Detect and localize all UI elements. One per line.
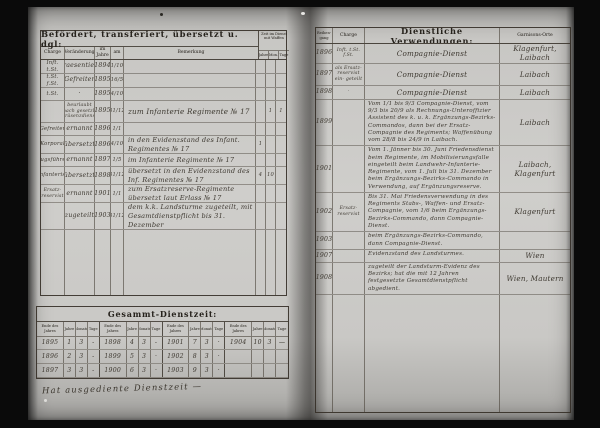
change-cell: ·: [65, 88, 95, 100]
monate-cell: 10: [266, 167, 276, 184]
value-cell: 1: [64, 337, 76, 350]
value-cell: 3: [201, 350, 213, 363]
paper-speck: [301, 12, 305, 15]
value-cell: 1901: [163, 337, 190, 350]
monate-cell: [266, 154, 276, 166]
charge-cell: Infanterist: [41, 167, 65, 184]
monate-cell: [266, 123, 276, 135]
garrison-cell: [500, 232, 570, 249]
table-row: 1901 Vom 1. Jänner bis 30. Juni Friedens…: [316, 146, 570, 193]
day-cell: 1/10: [111, 60, 124, 73]
value-cell: 3: [139, 364, 151, 377]
table-row: 1908 zugeteilt der Landsturm-Evidenz des…: [316, 263, 570, 295]
year-cell: 1903: [316, 232, 333, 249]
charge-cell: Inft. t.St.: [41, 60, 65, 73]
charge-cell: [333, 100, 365, 146]
value-cell: 3: [76, 337, 88, 350]
table-row: Ersatz- reservist ernannt 1901 1/1 zum E…: [41, 185, 286, 203]
paper-speck: [160, 13, 163, 16]
year-cell: 1895: [95, 101, 111, 122]
value-cell: 9: [189, 364, 201, 377]
year-cell: 1896: [95, 123, 111, 135]
charge-cell: Zugsführer: [41, 154, 65, 166]
value-cell: -: [88, 364, 100, 377]
day-cell: 1/5: [111, 154, 124, 166]
remark-cell: übersetzt in den Evidenzstand des Inf. R…: [124, 167, 256, 184]
value-cell: [252, 350, 264, 363]
jahre-cell: [256, 60, 266, 73]
value-cell: [264, 364, 276, 377]
value-cell: 1898: [100, 337, 127, 350]
usage-cell: Evidenzstand des Landsturmes.: [365, 250, 500, 262]
year-cell: 1899: [316, 100, 333, 146]
table-row: zugeteilt 1903 31/12 dem k.k. Landsturme…: [41, 203, 286, 230]
charge-cell: Inft. t.St. f.St.: [333, 44, 365, 63]
right-table-headers: Reihen- gang Charge Dienstliche Verwendu…: [316, 28, 570, 44]
value-cell: 1899: [100, 350, 127, 363]
right-table-title: Dienstliche Verwendungen:: [365, 28, 500, 43]
table-row: 1903 beim Ergänzungs-Bezirks-Commando, d…: [316, 232, 570, 250]
subcol-tage: Tage: [279, 51, 289, 59]
year-cell: 1895: [95, 88, 111, 100]
monate-cell: [266, 74, 276, 87]
col-jahre: Jahre: [189, 322, 201, 336]
table-row: 1897 als Ersatz- reservist ein- geteilt …: [316, 64, 570, 86]
tage-cell: [276, 123, 286, 135]
charge-cell: [333, 146, 365, 192]
col-remark: Bemerkung: [124, 47, 258, 59]
garrison-cell: Laibach, Klagenfurt: [500, 146, 570, 192]
value-cell: 1896: [37, 350, 64, 363]
value-cell: ·: [213, 337, 225, 350]
scanned-register-spread: Befördert, transferiert, übersetzt u. dg…: [0, 0, 600, 428]
monate-cell: 1: [266, 101, 276, 122]
col-tage: Tage: [88, 322, 100, 336]
year-cell: 1897: [316, 64, 333, 85]
table-row: t.St. f.St. Gefreiter 1895 16/5: [41, 74, 286, 88]
jahre-cell: [256, 88, 266, 100]
col-jahre: Jahre: [64, 322, 76, 336]
charge-cell: [333, 263, 365, 294]
day-cell: 4/10: [111, 88, 124, 100]
left-table-title: Befördert, transferiert, übersetzt u. dg…: [41, 31, 258, 47]
value-cell: [264, 350, 276, 363]
time-box-header: Zeit im Dienst mit Waffen: [259, 31, 289, 51]
change-cell: ernannt: [65, 185, 95, 202]
time-in-service-box: Zeit im Dienst mit Waffen Jahre Mon. Tag…: [258, 31, 289, 59]
col-change: Veränderung: [65, 47, 95, 59]
jahre-cell: [256, 203, 266, 229]
usage-cell: Compagnie-Dienst: [365, 86, 500, 99]
value-cell: ·: [151, 364, 163, 377]
value-cell: 4: [127, 337, 139, 350]
tage-cell: [276, 185, 286, 202]
monate-cell: [266, 136, 276, 153]
value-cell: -: [88, 337, 100, 350]
jahre-cell: [256, 154, 266, 166]
table-row: 1902 Ersatz- reservist Bis 31. Mai Fried…: [316, 193, 570, 232]
table-row: Zugsführer ernannt 1897 1/5 im Infanteri…: [41, 154, 286, 167]
remark-cell: [124, 123, 256, 135]
monate-cell: [266, 60, 276, 73]
garrison-cell: Klagenfurt: [500, 193, 570, 231]
book-paper: Befördert, transferiert, übersetzt u. dg…: [28, 7, 574, 420]
subcol-jahre: Jahre: [259, 51, 269, 59]
col-jahre: Jahre: [252, 322, 264, 336]
tage-cell: [276, 136, 286, 153]
col-day: am: [111, 47, 124, 59]
col-sequence: Reihen- gang: [316, 28, 333, 43]
col-tage: Tage: [276, 322, 288, 336]
tage-cell: [276, 167, 286, 184]
day-cell: 1/1: [111, 185, 124, 202]
total-service-table: Gesammt-Dienstzeit: Ende des Jahres Jahr…: [36, 306, 289, 379]
value-cell: 3: [139, 337, 151, 350]
charge-cell: t.St.: [41, 88, 65, 100]
year-cell: 1902: [316, 193, 333, 231]
value-cell: 10: [252, 337, 264, 350]
empty-rows-area: [41, 230, 286, 295]
usage-cell: zugeteilt der Landsturm-Evidenz des Bezi…: [365, 263, 500, 294]
day-cell: 4/10: [111, 136, 124, 153]
jahre-cell: [256, 123, 266, 135]
col-year: im Jahre: [95, 47, 111, 59]
value-cell: 1895: [37, 337, 64, 350]
day-cell: 1/1: [111, 123, 124, 135]
remark-cell: in den Evidenzstand des Infant. Regiment…: [124, 136, 256, 153]
col-end-of-year: Ende des Jahres: [100, 322, 127, 336]
table-row: 1896 Inft. t.St. f.St. Compagnie-Dienst …: [316, 44, 570, 64]
charge-cell: Ersatz- reservist: [41, 185, 65, 202]
value-cell: -: [88, 350, 100, 363]
table-row: beurlaubt nach gesetzl. Präsenzdienst 18…: [41, 101, 286, 123]
table-row: 1907 Evidenzstand des Landsturmes. Wien: [316, 250, 570, 263]
remark-cell: [124, 74, 256, 87]
monate-cell: [266, 203, 276, 229]
jahre-cell: [256, 101, 266, 122]
col-monate: Monate: [264, 322, 276, 336]
table-row: 1899 Vom 1/1 bis 9/3 Compagnie-Dienst, v…: [316, 100, 570, 147]
value-cell: 1904: [225, 337, 252, 350]
value-cell: ·: [213, 350, 225, 363]
table-row: Inft. t.St. praesentiert 1894 1/10: [41, 60, 286, 74]
col-monate: Monate: [76, 322, 88, 336]
remark-cell: [124, 60, 256, 73]
usage-cell: Vom 1/1 bis 9/3 Compagnie-Dienst, vom 9/…: [365, 100, 500, 146]
day-cell: 31/12: [111, 101, 124, 122]
col-jahre: Jahre: [127, 322, 139, 336]
value-cell: 3: [64, 364, 76, 377]
monate-cell: [266, 88, 276, 100]
charge-cell: als Ersatz- reservist ein- geteilt: [333, 64, 365, 85]
change-cell: praesentiert: [65, 60, 95, 73]
tage-cell: [276, 60, 286, 73]
garrison-cell: Klagenfurt, Laibach: [500, 44, 570, 63]
value-cell: [252, 364, 264, 377]
table-row: Infanterist übersetzt 1898 31/12 überset…: [41, 167, 286, 185]
table-row: Korporal übersetzt 1896 4/10 in den Evid…: [41, 136, 286, 154]
year-cell: 1901: [95, 185, 111, 202]
value-cell: 1903: [163, 364, 190, 377]
year-cell: 1894: [95, 60, 111, 73]
change-cell: übersetzt: [65, 167, 95, 184]
usage-cell: Bis 31. Mai Friedensverwendung in des Re…: [365, 193, 500, 231]
value-cell: ·: [151, 350, 163, 363]
value-cell: 8: [189, 350, 201, 363]
tage-cell: [276, 88, 286, 100]
value-cell: 3: [139, 350, 151, 363]
change-cell: übersetzt: [65, 136, 95, 153]
jahre-cell: 4: [256, 167, 266, 184]
year-cell: 1897: [95, 154, 111, 166]
value-cell: 3: [201, 337, 213, 350]
value-cell: -: [151, 337, 163, 350]
garrison-cell: Wien, Mautern: [500, 263, 570, 294]
remark-cell: dem k.k. Landsturme zugeteilt, mit Gesam…: [124, 203, 256, 229]
year-cell: 1896: [95, 136, 111, 153]
remark-cell: zum Infanterie Regimente № 17: [124, 101, 256, 122]
value-cell: [225, 364, 252, 377]
monate-cell: [266, 185, 276, 202]
value-cell: 5: [127, 350, 139, 363]
value-cell: [276, 350, 288, 363]
table-row: t.St. · 1895 4/10: [41, 88, 286, 101]
charge-cell: Korporal: [41, 136, 65, 153]
table-row: Gefreiter ernannt 1896 1/1: [41, 123, 286, 136]
jahre-cell: 1: [256, 136, 266, 153]
total-row: 1897 3 3 - 1900 6 3 · 1903 9 3 ·: [37, 364, 288, 378]
charge-cell: [333, 232, 365, 249]
remark-cell: im Infanterie Regimente № 17: [124, 154, 256, 166]
value-cell: 6: [127, 364, 139, 377]
value-cell: 1900: [100, 364, 127, 377]
day-cell: 31/12: [111, 167, 124, 184]
remark-cell: zum Ersatzreserve-Regimente übersetzt la…: [124, 185, 256, 202]
value-cell: 3: [76, 350, 88, 363]
paper-speck: [44, 399, 47, 402]
value-cell: [225, 350, 252, 363]
col-end-of-year: Ende des Jahres: [163, 322, 190, 336]
col-charge: Charge: [41, 47, 65, 59]
usage-cell: beim Ergänzungs-Bezirks-Commando, dann C…: [365, 232, 500, 249]
tage-cell: 1: [276, 101, 286, 122]
year-cell: 1901: [316, 146, 333, 192]
usage-cell: Vom 1. Jänner bis 30. Juni Friedensdiens…: [365, 146, 500, 192]
column-headers: Charge Veränderung im Jahre am Bemerkung: [41, 47, 258, 59]
year-cell: 1896: [316, 44, 333, 63]
usage-cell: Compagnie-Dienst: [365, 44, 500, 63]
year-cell: 1895: [95, 74, 111, 87]
charge-cell: Gefreiter: [41, 123, 65, 135]
table-row: 1898 · Compagnie-Dienst Laibach: [316, 86, 570, 100]
jahre-cell: [256, 185, 266, 202]
charge-cell: ·: [333, 86, 365, 99]
col-charge: Charge: [333, 28, 365, 43]
charge-cell: [41, 203, 65, 229]
value-cell: 7: [189, 337, 201, 350]
garrison-cell: Laibach: [500, 86, 570, 99]
col-tage: Tage: [151, 322, 163, 336]
year-cell: 1903: [95, 203, 111, 229]
garrison-cell: Laibach: [500, 64, 570, 85]
col-end-of-year: Ende des Jahres: [37, 322, 64, 336]
empty-rows-area: [316, 295, 570, 412]
promotions-transfers-table: Befördert, transferiert, übersetzt u. dg…: [40, 30, 287, 296]
total-row: 1896 2 3 - 1899 5 3 · 1902 8 3 ·: [37, 350, 288, 364]
value-cell: —: [276, 337, 288, 350]
charge-cell: [333, 250, 365, 262]
total-table-headers: Ende des Jahres Jahre Monate Tage Ende d…: [37, 322, 288, 337]
day-cell: 16/5: [111, 74, 124, 87]
tage-cell: [276, 203, 286, 229]
garrison-cell: Wien: [500, 250, 570, 262]
change-cell: zugeteilt: [65, 203, 95, 229]
charge-cell: Ersatz- reservist: [333, 193, 365, 231]
handwritten-note: Hat ausgediente Dienstzeit —: [42, 379, 282, 396]
year-cell: 1908: [316, 263, 333, 294]
change-cell: ernannt: [65, 123, 95, 135]
year-cell: 1907: [316, 250, 333, 262]
year-cell: 1898: [316, 86, 333, 99]
total-row: 1895 1 3 - 1898 4 3 - 1901 7 3 · 1904 10…: [37, 337, 288, 351]
year-cell: 1898: [95, 167, 111, 184]
value-cell: 3: [264, 337, 276, 350]
charge-cell: [41, 101, 65, 122]
change-cell: beurlaubt nach gesetzl. Präsenzdienst: [65, 101, 95, 122]
jahre-cell: [256, 74, 266, 87]
value-cell: 3: [201, 364, 213, 377]
tage-cell: [276, 74, 286, 87]
usage-cell: Compagnie-Dienst: [365, 64, 500, 85]
remark-cell: [124, 88, 256, 100]
official-uses-table: Reihen- gang Charge Dienstliche Verwendu…: [315, 27, 571, 413]
change-cell: ernannt: [65, 154, 95, 166]
value-cell: [276, 364, 288, 377]
value-cell: 3: [76, 364, 88, 377]
change-cell: Gefreiter: [65, 74, 95, 87]
col-end-of-year: Ende des Jahres: [225, 322, 252, 336]
table-header: Befördert, transferiert, übersetzt u. dg…: [41, 31, 286, 60]
charge-cell: t.St. f.St.: [41, 74, 65, 87]
col-monate: Monate: [139, 322, 151, 336]
tage-cell: [276, 154, 286, 166]
day-cell: 31/12: [111, 203, 124, 229]
col-monate: Monate: [201, 322, 213, 336]
garrison-cell: Laibach: [500, 100, 570, 146]
value-cell: ·: [213, 364, 225, 377]
total-table-title: Gesammt-Dienstzeit:: [37, 307, 288, 322]
col-garrison: Garnisons-Orte: [500, 28, 570, 43]
value-cell: 1902: [163, 350, 190, 363]
value-cell: 1897: [37, 364, 64, 377]
col-tage: Tage: [213, 322, 225, 336]
value-cell: 2: [64, 350, 76, 363]
subcol-monate: Mon.: [269, 51, 279, 59]
